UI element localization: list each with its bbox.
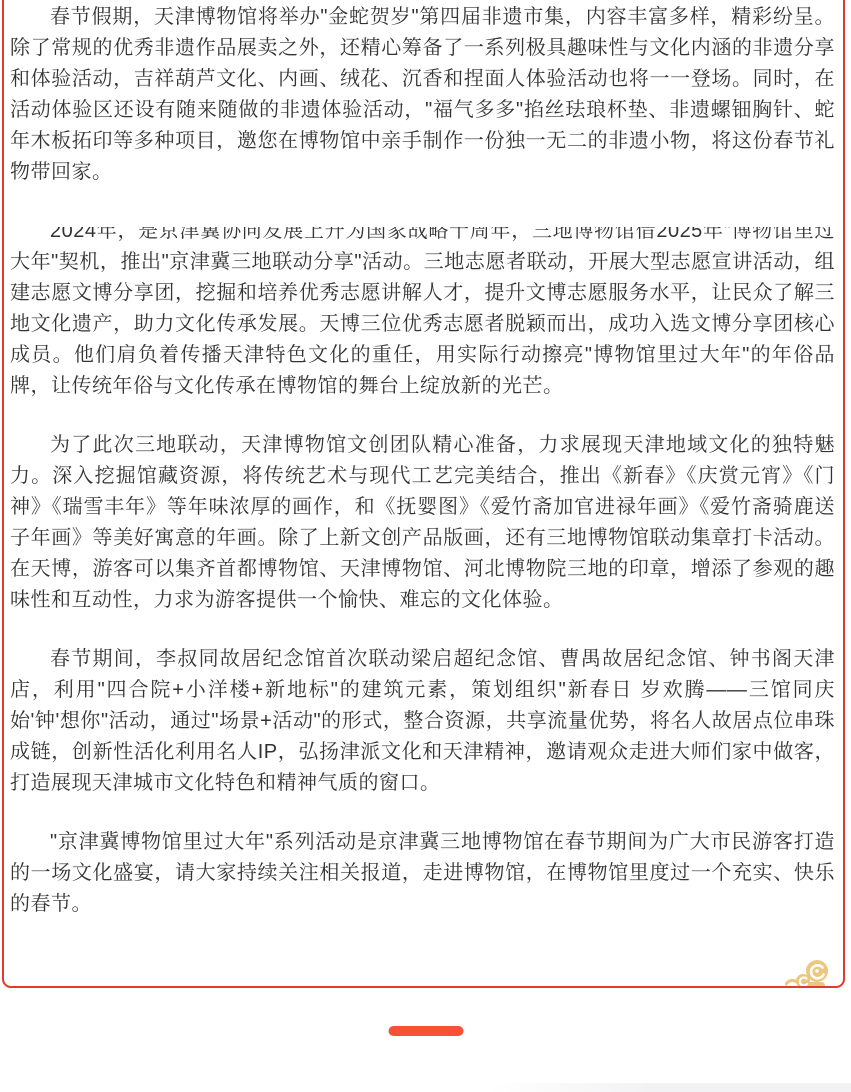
article-paragraph: "京津冀博物馆里过大年"系列活动是京津冀三地博物馆在春节期间为广大市民游客打造的… bbox=[10, 827, 835, 920]
article-paragraph: 春节期间，李叔同故居纪念馆首次联动梁启超纪念馆、曹禺故居纪念馆、钟书阁天津店，利… bbox=[10, 644, 835, 799]
article-paragraph: 春节假期，天津博物馆将举办"金蛇贺岁"第四届非遗市集，内容丰富多样，精彩纷呈。除… bbox=[10, 2, 835, 188]
article-paragraph: 为了此次三地联动，天津博物馆文创团队精心准备，力求展现天津地域文化的独特魅力。深… bbox=[10, 430, 835, 616]
article-paragraph: 2024年，是京津冀协同发展上升为国家战略十周年，三地博物馆借2025年"博物馆… bbox=[10, 216, 835, 402]
article-page: 春节假期，天津博物馆将举办"金蛇贺岁"第四届非遗市集，内容丰富多样，精彩纷呈。除… bbox=[0, 0, 851, 1092]
cloud-head-curl-center bbox=[815, 969, 819, 973]
article-card: 春节假期，天津博物馆将举办"金蛇贺岁"第四届非遗市集，内容丰富多样，精彩纷呈。除… bbox=[2, 0, 845, 988]
section-divider bbox=[388, 1026, 463, 1036]
next-card-edge bbox=[489, 1083, 851, 1092]
auspicious-cloud-icon bbox=[782, 956, 834, 988]
